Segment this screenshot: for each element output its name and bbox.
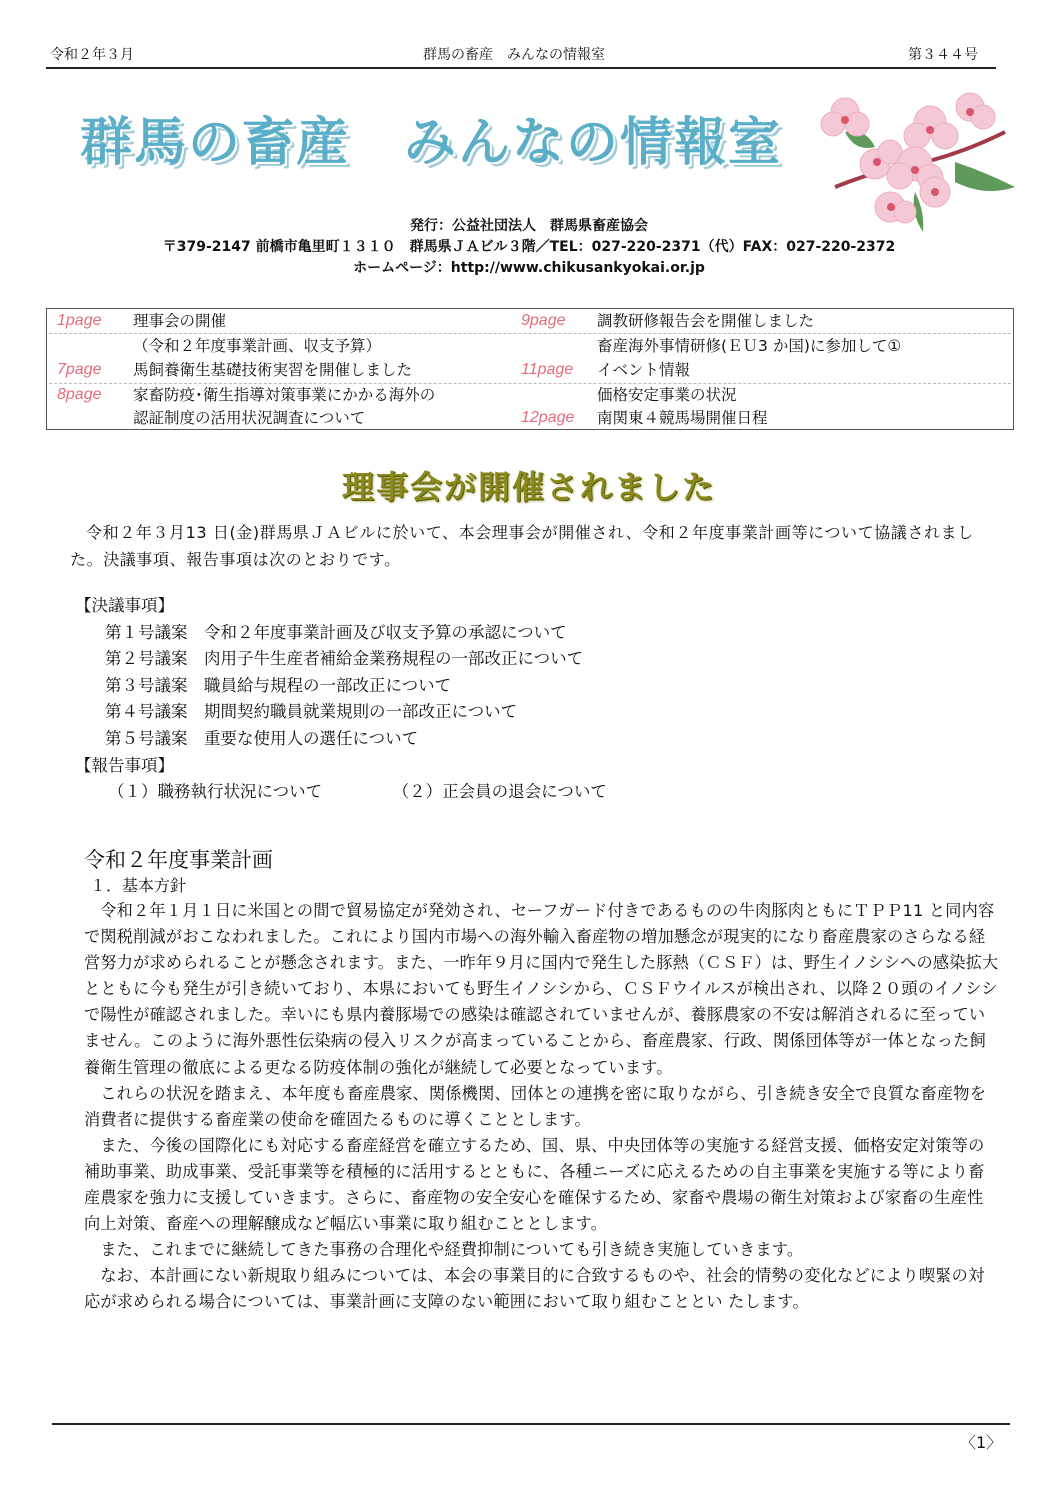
toc-row: （令和２年度事業計画、収支予算） 畜産海外事情研修(ＥＵ3 か国)に参加して① [47,334,1013,358]
publisher-name: 発行：公益社団法人 群馬県畜産協会 [0,216,1058,237]
plan-paragraph: これらの状況を踏まえ、本年度も畜産農家、関係機関、団体との連携を密に取りながら、… [84,1081,999,1133]
resolutions-heading: 【決議事項】 [75,593,607,620]
toc-item[interactable]: 家畜防疫･衛生指導対策事業にかかる海外の [133,383,435,407]
resolution-item: 第３号議案 職員給与規程の一部改正について [75,673,607,700]
toc-page: 7page [57,358,102,382]
plan-body: 令和２年１月１日に米国との間で貿易協定が発効され、セーフガード付きであるものの牛… [84,898,999,1316]
toc-item[interactable]: 調教研修報告会を開催しました [597,309,814,333]
issue-number: 第３４４号 [908,44,978,64]
plan-paragraph: 令和２年１月１日に米国との間で貿易協定が発効され、セーフガード付きであるものの牛… [84,898,999,1081]
toc-row: 8page 家畜防疫･衛生指導対策事業にかかる海外の 価格安定事業の状況 [47,383,1013,407]
toc-row: 1page 理事会の開催 9page 調教研修報告会を開催しました [47,309,1013,333]
toc-row: 7page 馬飼養衛生基礎技術実習を開催しました 11page イベント情報 [47,358,1013,382]
publisher-homepage[interactable]: ホームページ：http://www.chikusankyokai.or.jp [0,258,1058,279]
report-item: （２）正会員の退会について [393,782,607,801]
agenda-list: 【決議事項】 第１号議案 令和２年度事業計画及び収支予算の承認について 第２号議… [75,593,607,806]
resolution-item: 第１号議案 令和２年度事業計画及び収支予算の承認について [75,620,607,647]
toc-item[interactable]: 南関東４競馬場開催日程 [597,406,768,430]
page-number: 〈1〉 [960,1430,1002,1453]
article-intro: 令和２年３月13 日(金)群馬県ＪＡビルに於いて、本会理事会が開催され、令和２年… [70,520,1000,573]
toc-item[interactable]: 馬飼養衛生基礎技術実習を開催しました [133,358,412,382]
toc-item[interactable]: 畜産海外事情研修(ＥＵ3 か国)に参加して① [597,334,901,358]
running-header: 令和２年３月 群馬の畜産 みんなの情報室 第３４４号 [50,44,978,66]
report-item: （１）職務執行状況について [108,782,322,801]
plan-subtitle: １．基本方針 [90,873,186,896]
plan-title: 令和２年度事業計画 [84,844,273,874]
reports-heading: 【報告事項】 [75,753,607,780]
toc-row: 認証制度の活用状況調査について 12page 南関東４競馬場開催日程 [47,406,1013,430]
publisher-info: 発行：公益社団法人 群馬県畜産協会 〒379-2147 前橋市亀里町１３１０ 群… [0,216,1058,279]
toc-item[interactable]: 価格安定事業の状況 [597,383,737,407]
toc-page: 12page [521,406,574,430]
intro-text: 令和２年３月13 日(金)群馬県ＪＡビルに於いて、本会理事会が開催され、令和２年… [70,523,974,569]
masthead-title: 群馬の畜産 みんなの情報室 [80,100,782,175]
toc-item[interactable]: 認証制度の活用状況調査について [133,406,365,430]
resolution-item: 第４号議案 期間契約職員就業規則の一部改正について [75,699,607,726]
toc-item[interactable]: （令和２年度事業計画、収支予算） [133,334,381,358]
toc-item[interactable]: イベント情報 [597,358,690,382]
toc-page: 1page [57,309,102,333]
newsletter-name: 群馬の畜産 みんなの情報室 [50,44,978,64]
plan-paragraph: また、今後の国際化にも対応する畜産経営を確立するため、国、県、中央団体等の実施す… [84,1133,999,1237]
toc-page: 11page [521,358,573,382]
header-rule [46,67,996,69]
resolution-item: 第５号議案 重要な使用人の選任について [75,726,607,753]
toc-item[interactable]: 理事会の開催 [133,309,226,333]
resolution-item: 第２号議案 肉用子牛生産者補給金業務規程の一部改正について [75,646,607,673]
footer-rule [52,1423,1010,1425]
plan-paragraph: また、これまでに継続してきた事務の合理化や経費抑制についても引き続き実施していき… [84,1237,999,1263]
toc-page: 8page [57,383,102,407]
report-items: （１）職務執行状況について （２）正会員の退会について [75,779,607,806]
article-title: 理事会が開催されました [0,462,1058,508]
toc-page: 9page [521,309,566,333]
plan-paragraph: なお、本計画にない新規取り組みについては、本会の事業目的に合致するものや、社会的… [84,1263,999,1315]
publisher-address: 〒379-2147 前橋市亀里町１３１０ 群馬県ＪＡビル３階／TEL：027-2… [0,237,1058,258]
table-of-contents: 1page 理事会の開催 9page 調教研修報告会を開催しました （令和２年度… [46,308,1014,430]
